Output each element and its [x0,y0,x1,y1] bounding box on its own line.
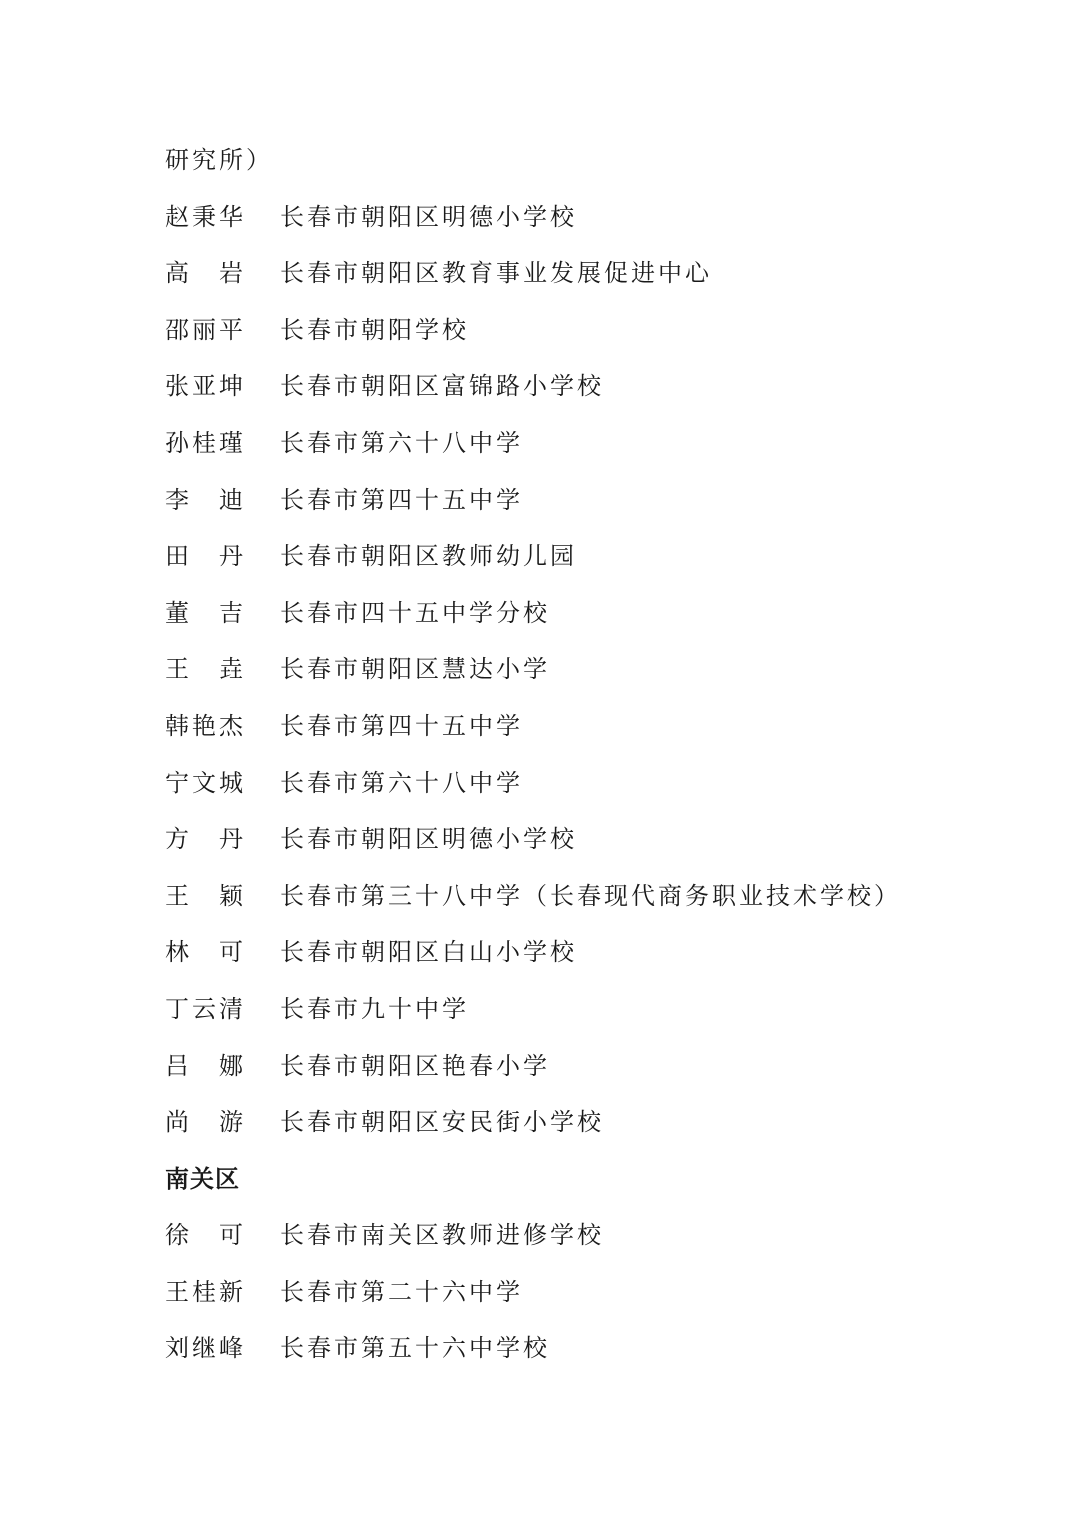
person-name: 王桂新 [165,1272,280,1312]
list-item: 王桂新 长春市第二十六中学 [165,1272,925,1329]
list-item: 王 垚 长春市朝阳区慧达小学 [165,649,925,706]
list-item: 韩艳杰 长春市第四十五中学 [165,706,925,763]
list-item: 王 颖 长春市第三十八中学（长春现代商务职业技术学校） [165,876,925,933]
person-name: 高 岩 [165,253,280,293]
person-name: 李 迪 [165,480,280,520]
list-item: 徐 可 长春市南关区教师进修学校 [165,1215,925,1272]
person-name: 王 垚 [165,649,280,689]
person-name: 宁文城 [165,763,280,803]
list-item: 尚 游 长春市朝阳区安民街小学校 [165,1102,925,1159]
list-item: 高 岩 长春市朝阳区教育事业发展促进中心 [165,253,925,310]
organization: 长春市朝阳区明德小学校 [280,197,577,237]
person-name: 刘继峰 [165,1328,280,1368]
list-item: 赵秉华 长春市朝阳区明德小学校 [165,197,925,254]
organization: 长春市第三十八中学（长春现代商务职业技术学校） [280,876,901,916]
person-name: 董 吉 [165,593,280,633]
list-item: 方 丹 长春市朝阳区明德小学校 [165,819,925,876]
organization: 长春市第四十五中学 [280,480,523,520]
person-name: 尚 游 [165,1102,280,1142]
organization: 长春市朝阳区明德小学校 [280,819,577,859]
person-name: 王 颖 [165,876,280,916]
list-item: 林 可 长春市朝阳区白山小学校 [165,932,925,989]
document-page: 研究所） 赵秉华 长春市朝阳区明德小学校 高 岩 长春市朝阳区教育事业发展促进中… [0,0,1080,1527]
organization: 长春市朝阳区艳春小学 [280,1046,550,1086]
list-item: 吕 娜 长春市朝阳区艳春小学 [165,1046,925,1103]
person-name: 张亚坤 [165,366,280,406]
organization: 长春市第四十五中学 [280,706,523,746]
person-name: 方 丹 [165,819,280,859]
organization: 长春市南关区教师进修学校 [280,1215,604,1255]
list-item: 丁云清 长春市九十中学 [165,989,925,1046]
organization: 长春市第六十八中学 [280,423,523,463]
organization: 长春市朝阳区安民街小学校 [280,1102,604,1142]
person-name: 吕 娜 [165,1046,280,1086]
organization: 长春市第六十八中学 [280,763,523,803]
organization: 长春市九十中学 [280,989,469,1029]
organization: 长春市第二十六中学 [280,1272,523,1312]
organization: 长春市朝阳区教育事业发展促进中心 [280,253,712,293]
organization: 长春市朝阳区富锦路小学校 [280,366,604,406]
continuation-line: 研究所） [165,140,925,197]
organization: 长春市第五十六中学校 [280,1328,550,1368]
organization: 长春市四十五中学分校 [280,593,550,633]
list-item: 刘继峰 长春市第五十六中学校 [165,1328,925,1385]
list-item: 宁文城 长春市第六十八中学 [165,763,925,820]
person-name: 丁云清 [165,989,280,1029]
list-item: 董 吉 长春市四十五中学分校 [165,593,925,650]
organization: 长春市朝阳区慧达小学 [280,649,550,689]
list-item: 李 迪 长春市第四十五中学 [165,480,925,537]
organization: 长春市朝阳区白山小学校 [280,932,577,972]
person-name: 田 丹 [165,536,280,576]
organization: 长春市朝阳区教师幼儿园 [280,536,577,576]
document-body: 研究所） 赵秉华 长春市朝阳区明德小学校 高 岩 长春市朝阳区教育事业发展促进中… [165,140,925,1385]
person-name: 孙桂瑾 [165,423,280,463]
person-name: 韩艳杰 [165,706,280,746]
section-heading: 南关区 [165,1159,925,1216]
list-item: 邵丽平 长春市朝阳学校 [165,310,925,367]
list-item: 张亚坤 长春市朝阳区富锦路小学校 [165,366,925,423]
person-name: 林 可 [165,932,280,972]
person-name: 邵丽平 [165,310,280,350]
person-name: 赵秉华 [165,197,280,237]
person-name: 徐 可 [165,1215,280,1255]
list-item: 孙桂瑾 长春市第六十八中学 [165,423,925,480]
list-item: 田 丹 长春市朝阳区教师幼儿园 [165,536,925,593]
organization: 长春市朝阳学校 [280,310,469,350]
